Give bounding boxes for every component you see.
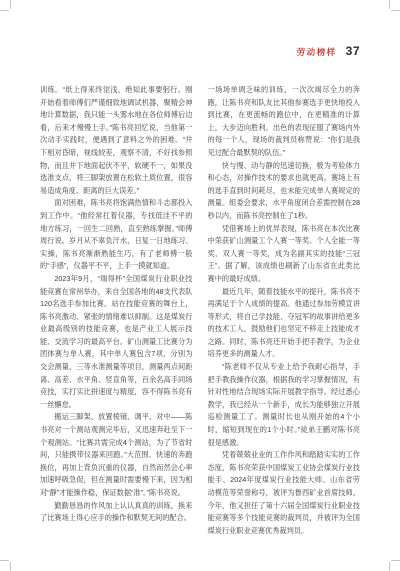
paragraph: 勤勤恳恳的作风加上认认真真的训练，换来了比赛场上得心应手的操作和默契无间的配合。 <box>40 500 193 525</box>
crop-mark <box>10 562 11 571</box>
crop-mark <box>391 10 400 11</box>
crop-mark <box>0 10 9 11</box>
paragraph: 2023年9月，“瑞得杯”全国煤炭行业职业技能竞赛在常州举办，来自全国各地的48… <box>40 273 193 412</box>
paragraph: 搬运三脚架、放置棱镜、调平、对中——陈书亮对一个测站观测完毕后，又迅速奔赴至下一… <box>40 411 193 499</box>
section-label: 劳动榜样 <box>297 46 337 58</box>
page-number: 37 <box>346 44 360 58</box>
paragraph: 凭借赛场上的优异表现，陈书亮在本次比赛中荣获矿山测量工个人赛一等奖、个人全能一等… <box>208 223 361 286</box>
crop-mark <box>0 560 9 561</box>
crop-mark <box>389 562 390 571</box>
left-column: 训练。“纸上得来终觉浅，绝知此事要躬行。刚开始看着师傅们严谨细致地调试机器，聚精… <box>40 84 193 537</box>
paragraph: 快与慢、动与静的迅速切换，极为考验体力和心态，对操作技术的要求也就更高。赛场上有… <box>208 160 361 223</box>
paragraph: 面对困难，陈书亮将饱满热情和斗志都投入到工作中。“他经常扛着仪器，专找低洼不平的… <box>40 197 193 273</box>
crop-mark <box>10 0 11 9</box>
crop-mark <box>389 0 390 9</box>
article-body: 训练。“纸上得来终觉浅，绝知此事要躬行。刚开始看着师傅们严谨细致地调试机器，聚精… <box>40 84 360 537</box>
paragraph: “陈老师不仅从专业上给予我耐心指导，手把手教我操作仪器，根据我的学习掌握情况，有… <box>208 361 361 449</box>
paragraph: 训练。“纸上得来终觉浅，绝知此事要躬行。刚开始看着师傅们严谨细致地调试机器，聚精… <box>40 84 193 197</box>
paragraph: 一场场单调乏味的训练，一次次竭尽全力的奔跑，让陈书亮和队友比其他参赛选手更快地投… <box>208 84 361 160</box>
paragraph: 凭着兢兢业业的工作作风和踏踏实实的工作态度，陈书亮荣获中国煤炭工业协会煤炭行业技… <box>208 449 361 537</box>
crop-mark <box>391 560 400 561</box>
page-header: 劳动榜样 37 <box>0 44 360 58</box>
magazine-page: 劳动榜样 37 训练。“纸上得来终觉浅，绝知此事要躬行。刚开始看着师傅们严谨细致… <box>0 0 400 571</box>
right-column: 一场场单调乏味的训练，一次次竭尽全力的奔跑，让陈书亮和队友比其他参赛选手更快地投… <box>208 84 361 537</box>
paragraph: 最近几年，随着技能水平的提升，陈书亮不再满足于个人成绩的提高。他通过参加劳模宣讲… <box>208 286 361 362</box>
